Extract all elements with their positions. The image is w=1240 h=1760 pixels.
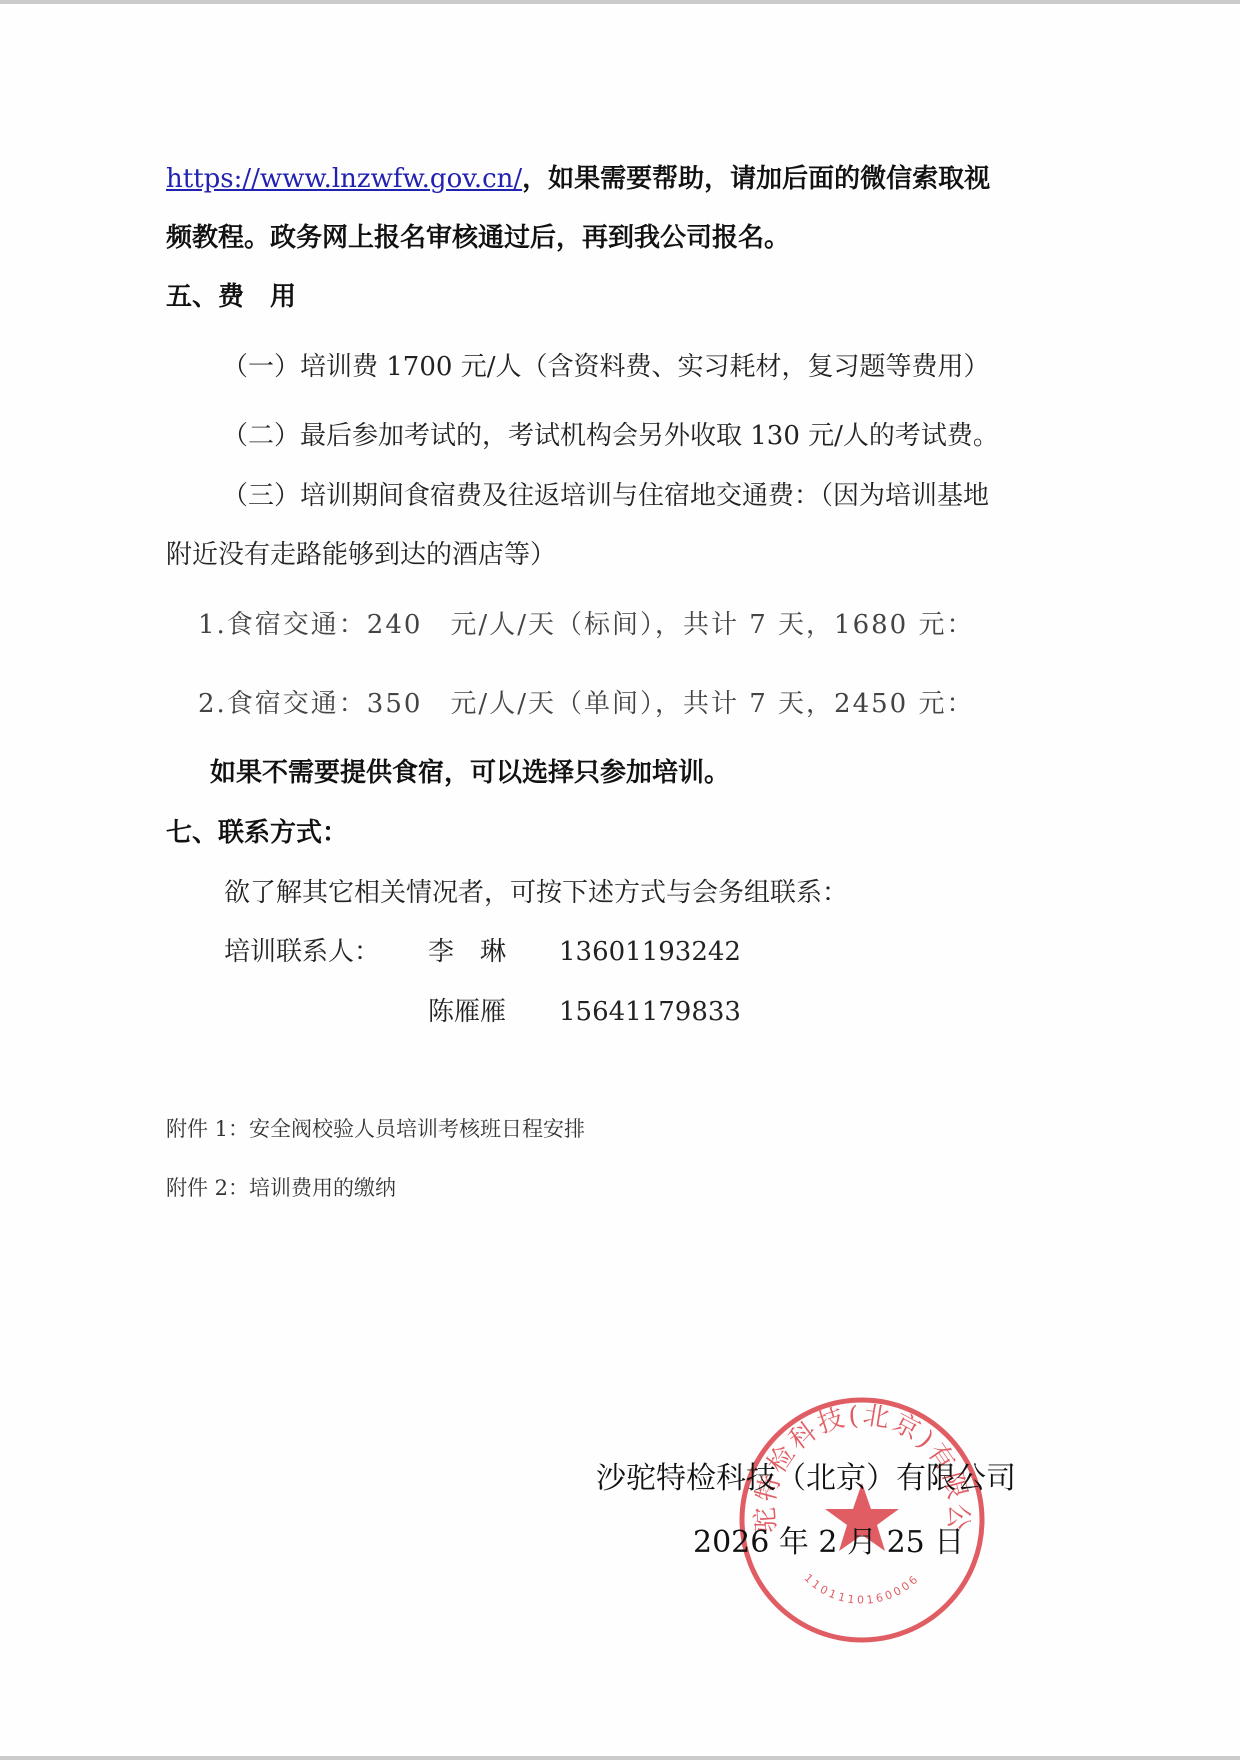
fee-item-1: （一）培训费 1700 元/人（含资料费、实习耗材，复习题等费用） xyxy=(222,354,989,380)
signature-date: 2026 年 2 月 25 日 xyxy=(693,1528,964,1558)
signature-company: 沙驼特检科技（北京）有限公司 xyxy=(596,1464,1016,1494)
lodging-note: 如果不需要提供食宿，可以选择只参加培训。 xyxy=(210,760,730,786)
svg-text:1101110160006: 1101110160006 xyxy=(802,1571,923,1606)
bottom-border xyxy=(0,1756,1240,1760)
registration-link[interactable]: https://www.lnzwfw.gov.cn/ xyxy=(166,164,522,194)
lodging-option-1: 1.食宿交通：240 元/人/天（标间），共计 7 天，1680 元： xyxy=(198,612,974,638)
contact-intro: 欲了解其它相关情况者，可按下述方式与会务组联系： xyxy=(224,880,848,906)
contact-phone-2: 15641179833 xyxy=(559,999,741,1025)
section7-heading: 七、联系方式： xyxy=(166,820,348,846)
contact-phone-1: 13601193242 xyxy=(559,939,741,965)
fee-item-3-line2: 附近没有走路能够到达的酒店等） xyxy=(166,542,556,568)
fee-item-3-line1: （三）培训期间食宿费及往返培训与住宿地交通费：（因为培训基地 xyxy=(222,483,989,509)
contact-label: 培训联系人： xyxy=(224,939,380,965)
fee-item-2: （二）最后参加考试的，考试机构会另外收取 130 元/人的考试费。 xyxy=(222,423,999,449)
para1-after-link: ，如果需要帮助，请加后面的微信索取视 xyxy=(522,164,990,194)
attachment-1: 附件 1：安全阀校验人员培训考核班日程安排 xyxy=(166,1119,585,1140)
lodging-option-2: 2.食宿交通：350 元/人/天（单间），共计 7 天，2450 元： xyxy=(198,691,974,717)
contact-name-2: 陈雁雁 xyxy=(428,999,506,1025)
para1-line1: https://www.lnzwfw.gov.cn/，如果需要帮助，请加后面的微… xyxy=(166,166,990,192)
company-seal-icon: 沙驼特检科技(北京)有限公司 1101110160006 xyxy=(737,1395,987,1645)
contact-name-1: 李 琳 xyxy=(428,939,506,965)
section5-heading: 五、费 用 xyxy=(166,284,296,310)
top-border xyxy=(0,0,1240,4)
para1-line2: 频教程。政务网上报名审核通过后，再到我公司报名。 xyxy=(166,225,790,251)
attachment-2: 附件 2：培训费用的缴纳 xyxy=(166,1178,396,1199)
